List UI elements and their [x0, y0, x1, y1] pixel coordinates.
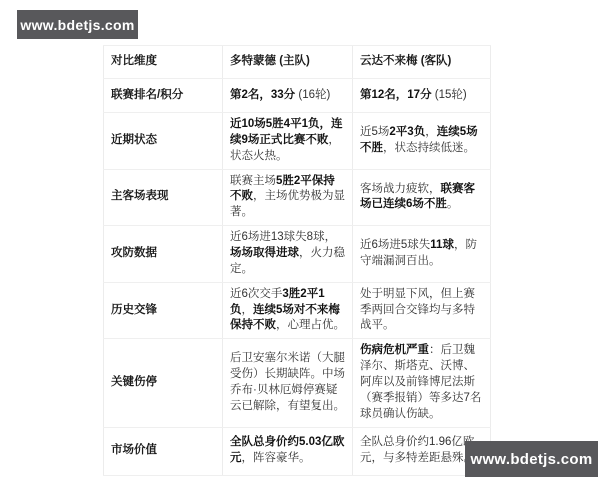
- away-cell-text: 近6场进5球失11球，防守端漏洞百出。: [360, 238, 483, 270]
- away-cell-text: 伤病危机严重：后卫魏泽尔、斯塔克、沃博、阿库以及前锋博尼法斯（赛季报销）等多达7…: [360, 343, 483, 422]
- away-cell: 近6场进5球失11球，防守端漏洞百出。: [352, 226, 491, 282]
- row-label: 攻防数据: [103, 226, 222, 282]
- row-label: 历史交锋: [103, 283, 222, 339]
- watermark-badge-top: www.bdetjs.com: [17, 10, 138, 39]
- header-away-team-cell: 云达不来梅 (客队): [352, 46, 491, 78]
- home-cell-text: 后卫安塞尔米诺（大腿受伤）长期缺阵。中场乔布·贝林厄姆停赛疑云已解除，有望复出。: [230, 351, 345, 414]
- away-cell: 伤病危机严重：后卫魏泽尔、斯塔克、沃博、阿库以及前锋博尼法斯（赛季报销）等多达7…: [352, 339, 491, 426]
- team-comparison-table: 对比维度 多特蒙德 (主队) 云达不来梅 (客队) 联赛排名/积分 第2名，33…: [103, 45, 491, 476]
- home-cell: 联赛主场5胜2平保持不败，主场优势极为显著。: [222, 170, 352, 226]
- header-dimension-label: 对比维度: [111, 54, 215, 70]
- watermark-badge-bottom: www.bdetjs.com: [465, 441, 598, 477]
- home-cell-text: 近6场进13球失8球，场场取得进球，火力稳定。: [230, 230, 345, 278]
- home-cell: 近10场5胜4平1负，连续9场正式比赛不败，状态火热。: [222, 113, 352, 169]
- table-row-ranking: 联赛排名/积分 第2名，33分 (16轮) 第12名，17分 (15轮): [103, 79, 491, 113]
- table-header-row: 对比维度 多特蒙德 (主队) 云达不来梅 (客队): [103, 46, 491, 79]
- table-row-recent-form: 近期状态 近10场5胜4平1负，连续9场正式比赛不败，状态火热。 近5场2平3负…: [103, 113, 491, 170]
- row-label: 主客场表现: [103, 170, 222, 226]
- row-label: 关键伤停: [103, 339, 222, 426]
- away-cell: 客场战力疲软，联赛客场已连续6场不胜。: [352, 170, 491, 226]
- row-label: 近期状态: [103, 113, 222, 169]
- watermark-text: www.bdetjs.com: [20, 17, 134, 33]
- home-cell-text: 全队总身价约5.03亿欧元，阵容豪华。: [230, 435, 345, 467]
- table-row-home-away-performance: 主客场表现 联赛主场5胜2平保持不败，主场优势极为显著。 客场战力疲软，联赛客场…: [103, 170, 491, 227]
- home-cell-text: 第2名，33分 (16轮): [230, 88, 345, 104]
- row-label-text: 近期状态: [111, 133, 215, 149]
- home-cell: 全队总身价约5.03亿欧元，阵容豪华。: [222, 428, 352, 475]
- row-label-text: 攻防数据: [111, 246, 215, 262]
- home-cell: 后卫安塞尔米诺（大腿受伤）长期缺阵。中场乔布·贝林厄姆停赛疑云已解除，有望复出。: [222, 339, 352, 426]
- home-cell-text: 近6次交手3胜2平1负，连续5场对不来梅保持不败，心理占优。: [230, 287, 345, 335]
- away-cell-text: 处于明显下风，但上赛季两回合交锋均与多特战平。: [360, 287, 483, 335]
- table-row-attack-defense: 攻防数据 近6场进13球失8球，场场取得进球，火力稳定。 近6场进5球失11球，…: [103, 226, 491, 283]
- header-away-team-label: 云达不来梅 (客队): [360, 54, 483, 70]
- header-home-team-label: 多特蒙德 (主队): [230, 54, 345, 70]
- home-cell: 近6次交手3胜2平1负，连续5场对不来梅保持不败，心理占优。: [222, 283, 352, 339]
- header-dimension-cell: 对比维度: [103, 46, 222, 78]
- header-home-team-cell: 多特蒙德 (主队): [222, 46, 352, 78]
- row-label-text: 关键伤停: [111, 375, 215, 391]
- away-cell-text: 客场战力疲软，联赛客场已连续6场不胜。: [360, 182, 483, 214]
- page: { "watermark": { "text": "www.bdetjs.com…: [0, 0, 600, 480]
- home-cell: 近6场进13球失8球，场场取得进球，火力稳定。: [222, 226, 352, 282]
- home-cell: 第2名，33分 (16轮): [222, 79, 352, 112]
- row-label-text: 联赛排名/积分: [111, 88, 215, 104]
- table-row-market-value: 市场价值 全队总身价约5.03亿欧元，阵容豪华。 全队总身价约1.96亿欧元，与…: [103, 428, 491, 476]
- table-row-key-injuries: 关键伤停 后卫安塞尔米诺（大腿受伤）长期缺阵。中场乔布·贝林厄姆停赛疑云已解除，…: [103, 339, 491, 427]
- home-cell-text: 近10场5胜4平1负，连续9场正式比赛不败，状态火热。: [230, 117, 345, 165]
- away-cell-text: 第12名，17分 (15轮): [360, 88, 483, 104]
- row-label: 联赛排名/积分: [103, 79, 222, 112]
- row-label-text: 市场价值: [111, 443, 215, 459]
- row-label: 市场价值: [103, 428, 222, 475]
- away-cell: 第12名，17分 (15轮): [352, 79, 491, 112]
- away-cell: 处于明显下风，但上赛季两回合交锋均与多特战平。: [352, 283, 491, 339]
- watermark-text: www.bdetjs.com: [471, 451, 593, 468]
- row-label-text: 主客场表现: [111, 189, 215, 205]
- table-row-head-to-head: 历史交锋 近6次交手3胜2平1负，连续5场对不来梅保持不败，心理占优。 处于明显…: [103, 283, 491, 340]
- row-label-text: 历史交锋: [111, 303, 215, 319]
- home-cell-text: 联赛主场5胜2平保持不败，主场优势极为显著。: [230, 174, 345, 222]
- away-cell-text: 近5场2平3负，连续5场不胜，状态持续低迷。: [360, 125, 483, 157]
- away-cell: 近5场2平3负，连续5场不胜，状态持续低迷。: [352, 113, 491, 169]
